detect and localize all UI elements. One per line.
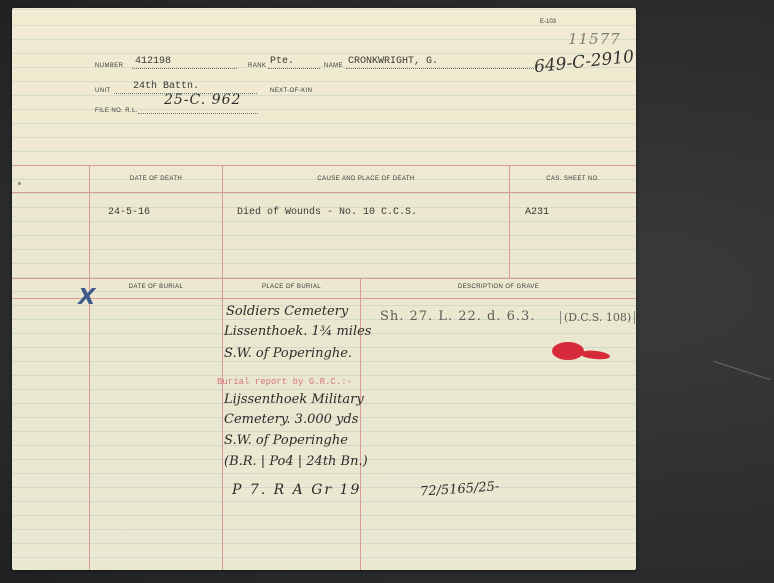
ink-speck: [18, 182, 21, 185]
burial-header-rule: [12, 298, 636, 299]
date-of-burial-header: Date of Burial: [90, 284, 222, 290]
cas-sheet-header: Cas. Sheet No.: [510, 176, 636, 182]
next-of-kin-label: Next-of-Kin: [270, 88, 312, 94]
burial-line: Lijssenthoek Military: [224, 392, 364, 407]
name-underline: [346, 68, 536, 69]
burial-line: P 7. R A Gr 19: [232, 482, 361, 498]
burial-line: (B.R. | Po4 | 24th Bn.): [224, 454, 368, 469]
place-of-burial-header: Place of Burial: [223, 284, 360, 290]
unit-value: 24th Battn.: [133, 81, 199, 92]
burial-line: S.W. of Poperinghe.: [224, 346, 352, 361]
cause-place-death-header: Cause and Place of Death: [223, 176, 509, 182]
grave-description-header: Description of Grave: [361, 284, 636, 290]
column-rule-1: [89, 165, 90, 570]
cas-sheet-value: A231: [525, 207, 549, 218]
date-of-death-value: 24-5-16: [108, 207, 150, 218]
number-underline: [132, 68, 237, 69]
name-value: CRONKWRIGHT, G.: [348, 56, 438, 67]
pencil-number: 11577: [568, 30, 621, 48]
unit-label: Unit: [95, 88, 111, 94]
burial-line: Soldiers Cemetery: [226, 304, 348, 319]
casualty-record-card: E-103 11577 649-C-2910 Number 412198 Ran…: [12, 8, 636, 570]
rank-value: Pte.: [270, 56, 294, 67]
form-number: E-103: [540, 19, 556, 25]
burial-line: Lissenthoek. 1¾ miles: [224, 324, 371, 339]
column-rule-4: [360, 278, 361, 570]
burial-line: Cemetery. 3.000 yds: [224, 412, 358, 427]
file-number-label: File No. R.L.: [95, 108, 138, 114]
file-number-underline: [138, 113, 258, 114]
red-wax-seal: [552, 342, 584, 360]
burial-section-top-rule: [12, 278, 636, 279]
death-header-rule: [12, 192, 636, 193]
death-section-top-rule: [12, 165, 636, 166]
number-value: 412198: [135, 56, 171, 67]
date-of-death-header: Date of Death: [90, 176, 222, 182]
burial-line: S.W. of Poperinghe: [224, 433, 348, 448]
number-label: Number: [95, 63, 123, 69]
grave-description-value: Sh. 27. L. 22. d. 6.3.: [380, 309, 535, 324]
file-number-value: 25-C. 962: [164, 92, 241, 108]
cause-place-death-value: Died of Wounds - No. 10 C.C.S.: [237, 207, 417, 218]
rank-underline: [268, 68, 320, 69]
column-rule-2: [222, 165, 223, 570]
grave-reference: (D.C.S. 108): [560, 311, 635, 324]
rank-label: Rank: [248, 63, 266, 69]
burial-report-stamp: Burial report by G.R.C.:-: [217, 377, 352, 387]
name-label: Name: [324, 63, 343, 69]
